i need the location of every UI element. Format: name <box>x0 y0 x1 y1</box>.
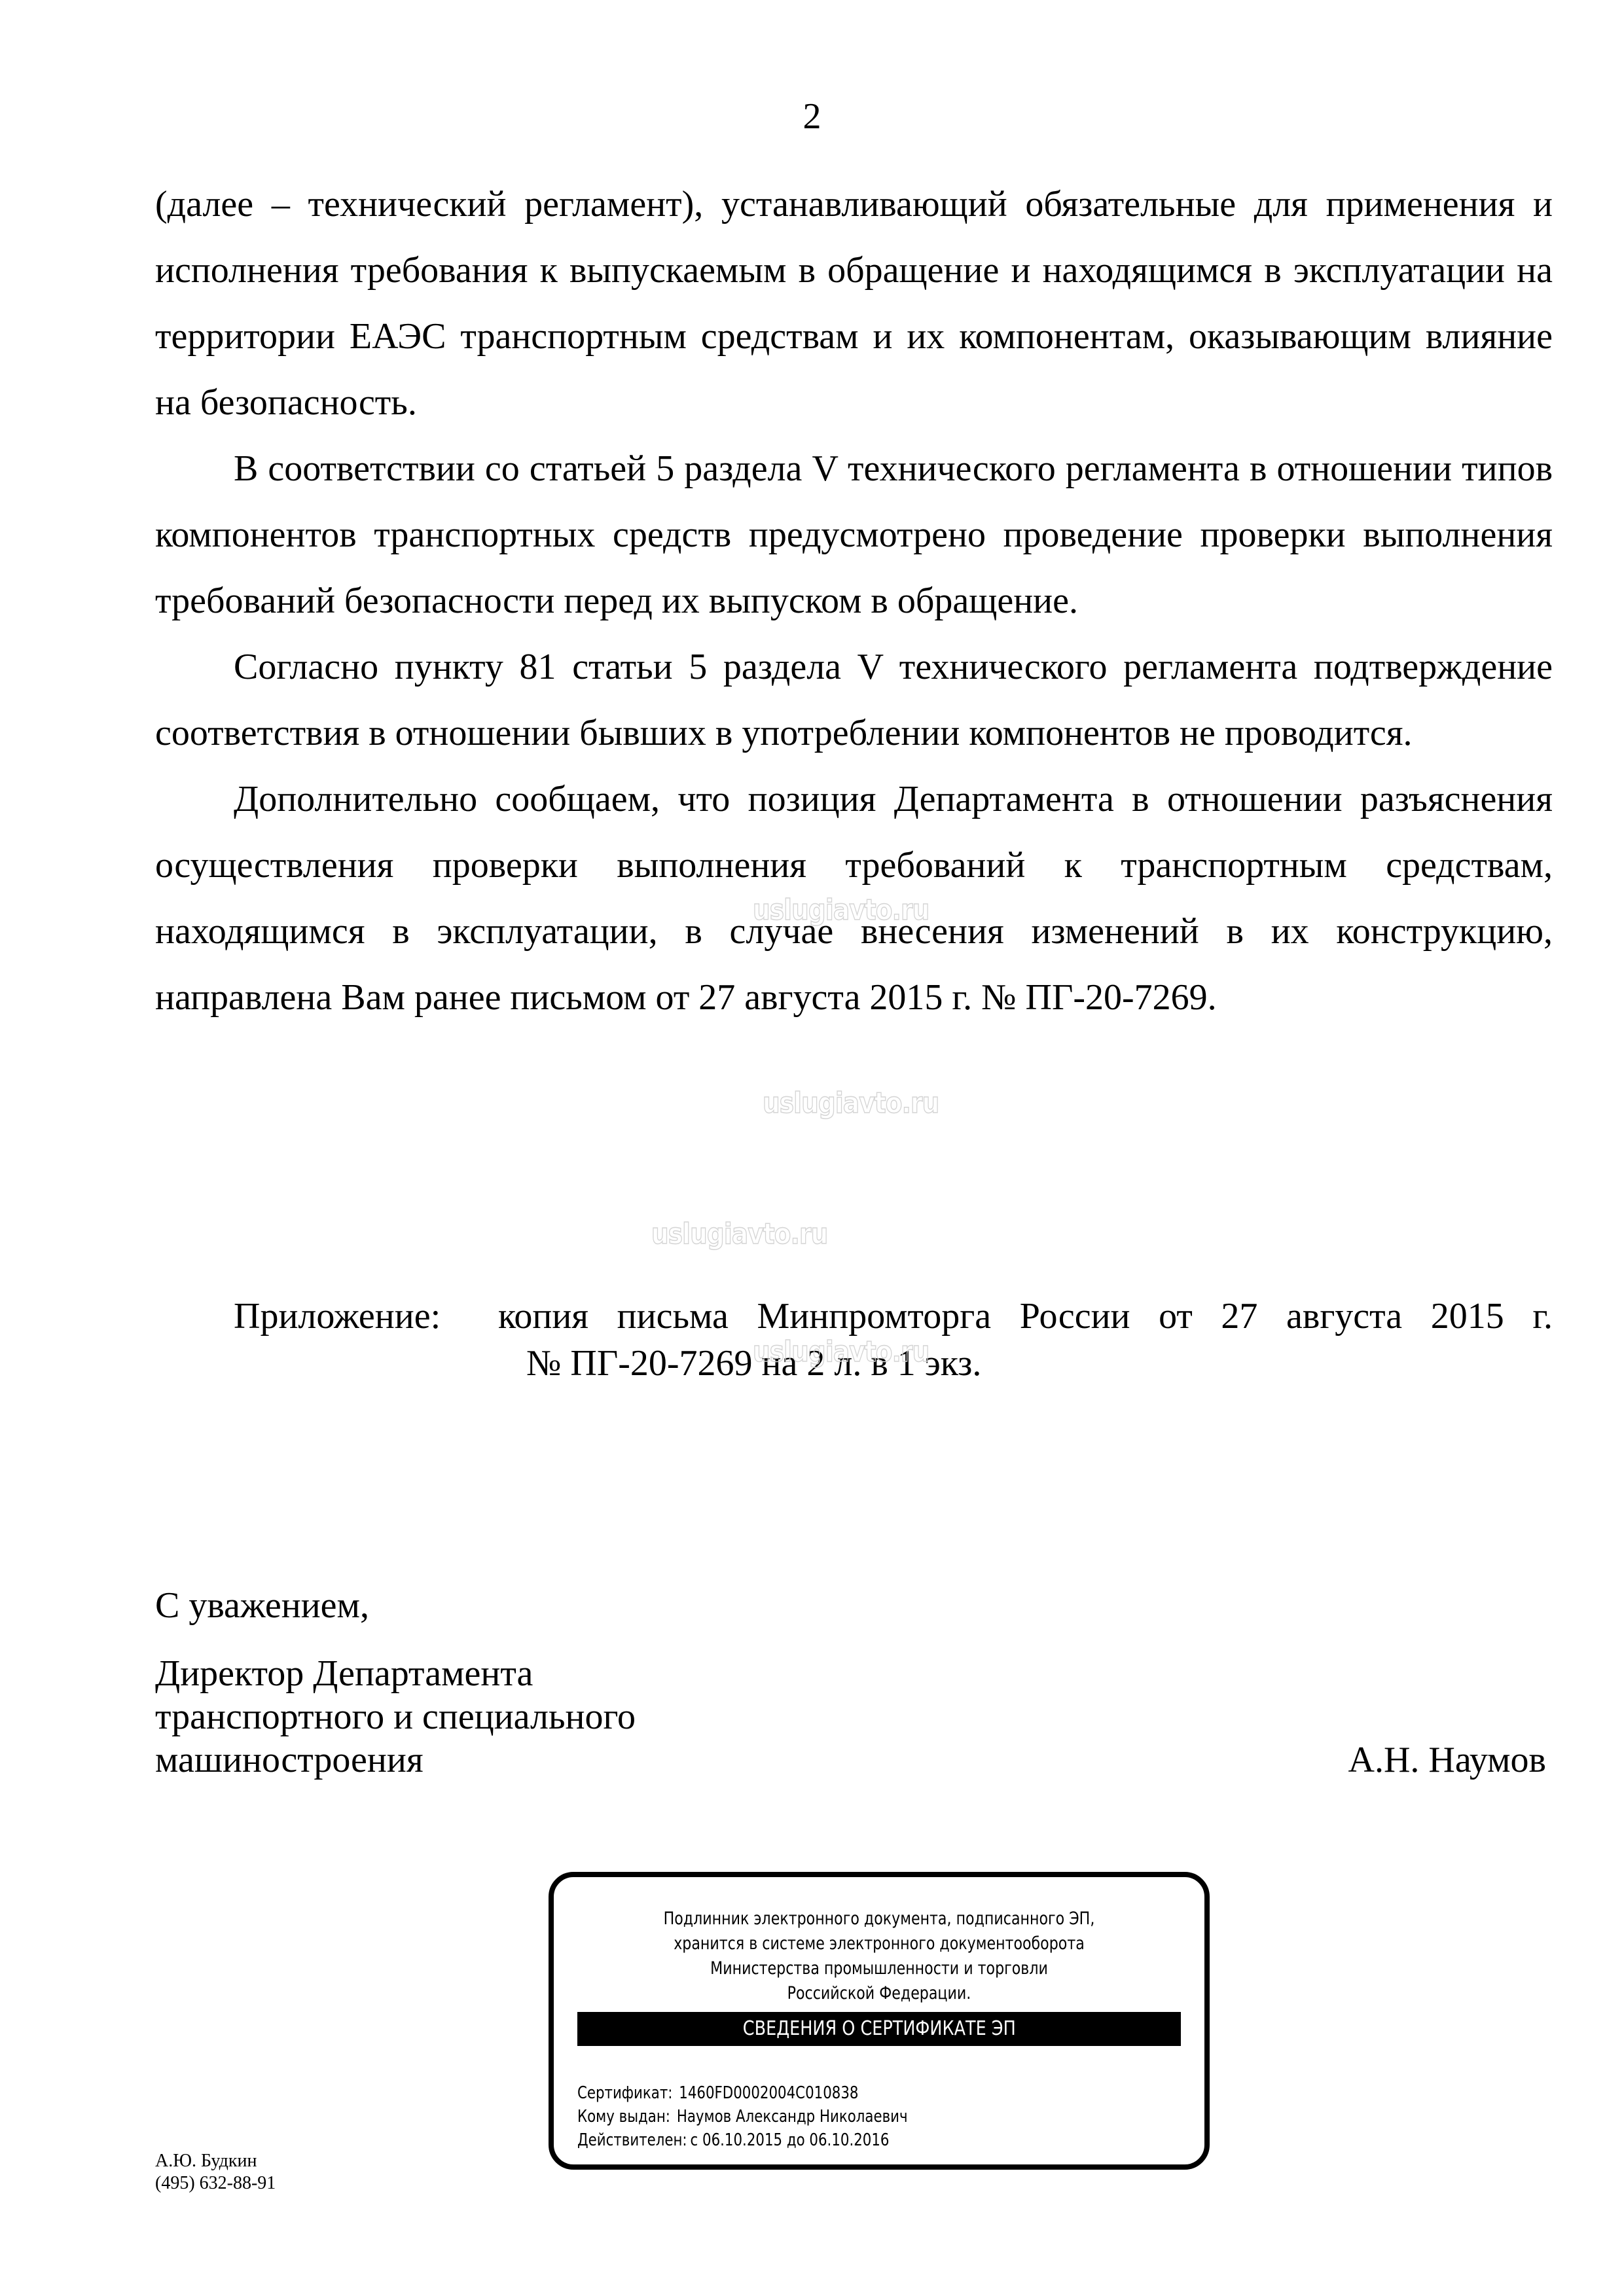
signer-title-line1: Директор Департамента <box>155 1652 1553 1695</box>
executor-contact: А.Ю. Будкин (495) 632-88-91 <box>155 2150 276 2195</box>
valid-value: с 06.10.2015 до 06.10.2016 <box>691 2130 890 2150</box>
signer-name: А.Н. Наумов <box>1348 1738 1546 1782</box>
signer-title-line3: машиностроения <box>155 1738 424 1782</box>
letter-body: (далее – технический регламент), устанав… <box>155 171 1553 1031</box>
executor-name: А.Ю. Будкин <box>155 2150 276 2172</box>
para4-line5: № ПГ-20-7269. <box>981 977 1217 1018</box>
issued-to-label: Кому выдан: <box>577 2107 670 2126</box>
attachment-label: Приложение: <box>234 1293 498 1340</box>
certificate-details: Сертификат:1460FD0002004C010838 Кому выд… <box>577 2081 908 2152</box>
stamp-header-line2: хранится в системе электронного документ… <box>612 1931 1146 1956</box>
stamp-header-line3: Министерства промышленности и торговли <box>612 1956 1146 1981</box>
para2-line1: В соответствии со статьей 5 раздела V те… <box>234 448 1452 489</box>
para4-line1: Дополнительно сообщаем, что позиция Депа… <box>234 779 1553 819</box>
stamp-header-line4: Российской Федерации. <box>612 1981 1146 2006</box>
para4-line3: находящимся в эксплуатации, в случае вне… <box>155 911 1199 952</box>
page-number: 2 <box>0 98 1624 135</box>
valid-label: Действителен: <box>577 2130 687 2150</box>
issued-to-value: Наумов Александр Николаевич <box>677 2107 908 2126</box>
executor-phone: (495) 632-88-91 <box>155 2172 276 2195</box>
para4-line2: осуществления проверки выполнения требов… <box>155 845 1553 886</box>
watermark-3: uslugiavto.ru <box>651 1217 827 1251</box>
paragraph-3: Согласно пункту 81 статьи 5 раздела V те… <box>155 634 1553 766</box>
certificate-label: Сертификат: <box>577 2083 672 2103</box>
para3-line1: Согласно пункту 81 статьи 5 раздела V те… <box>234 647 1297 687</box>
stamp-header-line1: Подлинник электронного документа, подпис… <box>612 1907 1146 1931</box>
paragraph-1: (далее – технический регламент), устанав… <box>155 171 1553 436</box>
electronic-signature-stamp: Подлинник электронного документа, подпис… <box>549 1872 1210 2170</box>
watermark-2: uslugiavto.ru <box>763 1086 939 1120</box>
certificate-info-bar: СВЕДЕНИЯ О СЕРТИФИКАТЕ ЭП <box>577 2012 1181 2046</box>
signer-title-line2: транспортного и специального <box>155 1695 1553 1738</box>
paragraph-2: В соответствии со статьей 5 раздела V те… <box>155 436 1553 634</box>
certificate-value: 1460FD0002004C010838 <box>679 2083 858 2103</box>
stamp-header: Подлинник электронного документа, подпис… <box>612 1907 1146 2006</box>
attachment-block: Приложение: копия письма Минпромторга Ро… <box>234 1293 1553 1387</box>
para1-line1: (далее – технический регламент), устанав… <box>155 184 1515 224</box>
closing-greeting: С уважением, <box>155 1584 1553 1627</box>
attachment-line1: копия письма Минпромторга России от 27 а… <box>498 1293 1553 1340</box>
paragraph-4: Дополнительно сообщаем, что позиция Депа… <box>155 766 1553 1031</box>
signature-block: С уважением, Директор Департамента транс… <box>155 1584 1553 1782</box>
certificate-info-title: СВЕДЕНИЯ О СЕРТИФИКАТЕ ЭП <box>742 2012 1015 2046</box>
para3-line3: не проводится. <box>1180 713 1412 753</box>
attachment-line2: № ПГ-20-7269 на 2 л. в 1 экз. <box>234 1340 1553 1387</box>
